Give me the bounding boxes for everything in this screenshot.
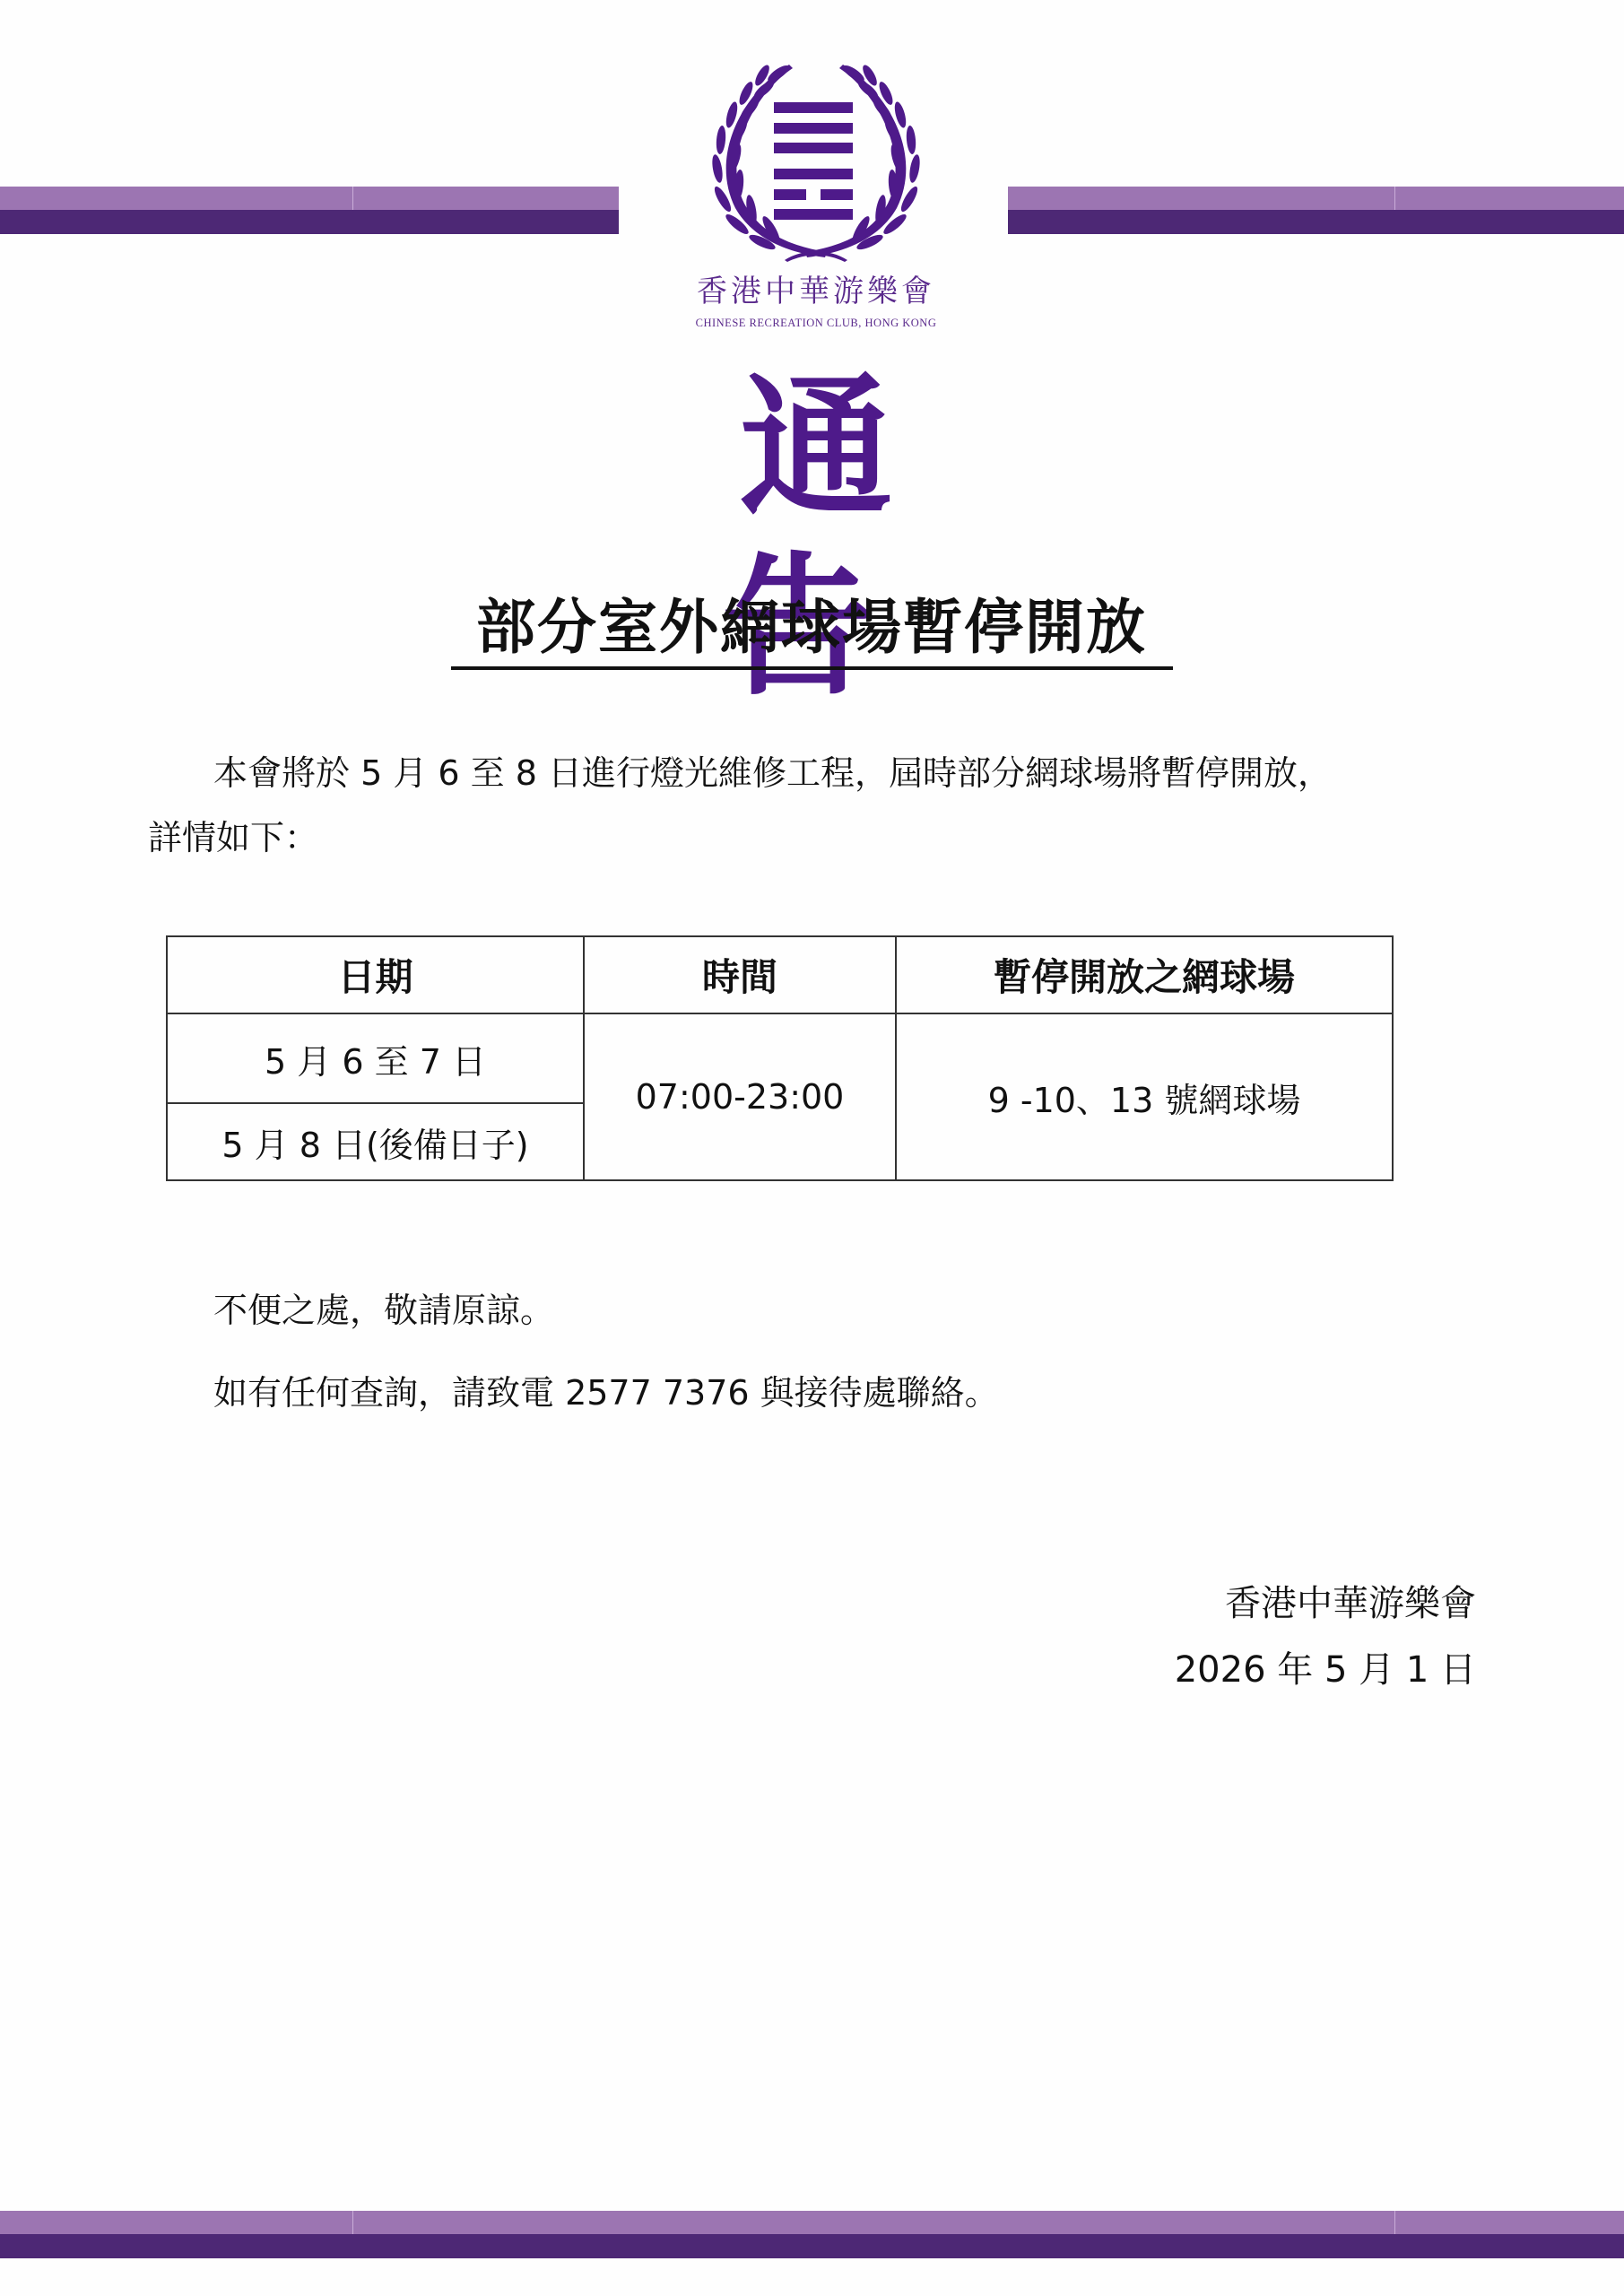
logo-org-name-cn: 香港中華游樂會 (628, 274, 1004, 309)
courts-cell: 9 -10、13 號網球場 (896, 1013, 1393, 1180)
top-right-band (1008, 187, 1624, 234)
table-header-row: 日期 時間 暫停開放之網球場 (167, 936, 1393, 1013)
signature-date: 2026 年 5 月 1 日 (1166, 1648, 1476, 1692)
date-cell: 5 月 8 日(後備日子) (167, 1103, 584, 1180)
header-courts: 暫停開放之網球場 (896, 936, 1393, 1013)
apology-text: 不便之處，敬請原諒。 (213, 1289, 554, 1332)
header-date: 日期 (167, 936, 584, 1013)
logo-org-name-en: CHINESE RECREATION CLUB, HONG KONG (628, 316, 1004, 330)
club-logo-icon (699, 56, 933, 262)
signature-org: 香港中華游樂會 (1166, 1581, 1476, 1626)
date-cell: 5 月 6 至 7 日 (167, 1013, 584, 1103)
bottom-band (0, 2211, 1624, 2258)
contact-text: 如有任何查詢，請致電 2577 7376 與接待處聯絡。 (213, 1371, 999, 1414)
header-time: 時間 (584, 936, 896, 1013)
table-row: 5 月 6 至 7 日 07:00-23:00 9 -10、13 號網球場 (167, 1013, 1393, 1103)
closure-schedule-table: 日期 時間 暫停開放之網球場 5 月 6 至 7 日 07:00-23:00 9… (166, 935, 1394, 1181)
time-cell: 07:00-23:00 (584, 1013, 896, 1180)
notice-subject: 部分室外網球場暫停開放 (430, 587, 1193, 668)
subject-underline (451, 666, 1173, 670)
top-left-band (0, 187, 619, 234)
intro-line-1: 本會將於 5 月 6 至 8 日進行燈光維修工程，屆時部分網球場將暫停開放， (213, 752, 1332, 795)
intro-line-2: 詳情如下： (148, 816, 318, 859)
